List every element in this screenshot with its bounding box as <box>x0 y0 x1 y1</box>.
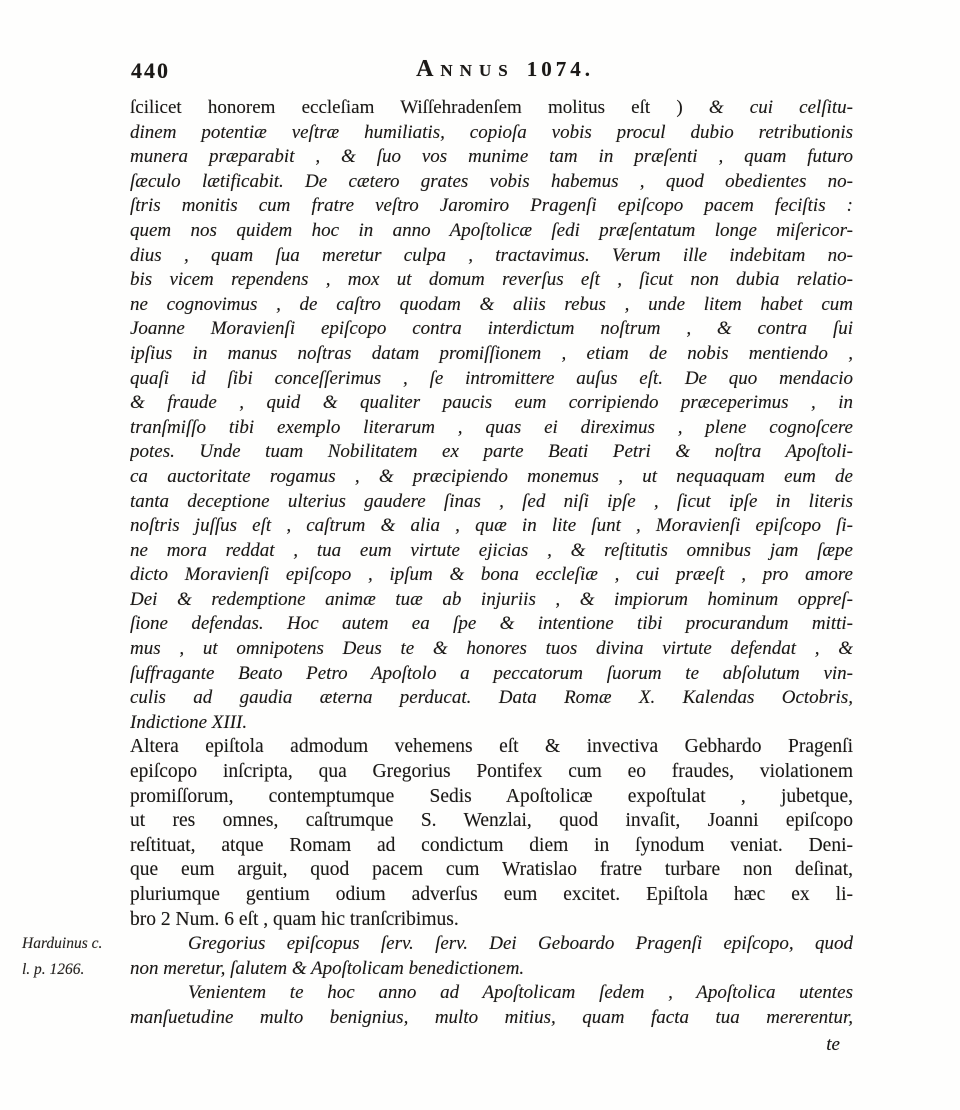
commentary-paragraph: Altera epiſtola admodum vehemens eſt & i… <box>130 735 853 932</box>
salutation-lines: Gregorius epiſcopus ſerv. ſerv. Dei Gebo… <box>130 932 853 981</box>
text-line: ne mora reddat , tua eum virtute ejicias… <box>130 539 853 564</box>
text-line: dicto Moravienſi epiſcopo , ipſum & bona… <box>130 563 853 588</box>
text-line: dius , quam ſua meretur culpa , tractavi… <box>130 244 853 269</box>
text-line: ca auctoritate rogamus , & præcipiendo m… <box>130 465 853 490</box>
text-line: promiſſorum, contemptumque Sedis Apoſtol… <box>130 785 853 810</box>
intro-roman-text: ſcilicet honorem eccleſiam Wiſſehradenſe… <box>130 97 709 118</box>
text-line: ſuffragante Beato Petro Apoſtolo a pecca… <box>130 662 853 687</box>
intro-italic-text: & cui celſitu- <box>709 97 853 118</box>
text-line: Gregorius epiſcopus ſerv. ſerv. Dei Gebo… <box>130 932 853 957</box>
text-line: ſcilicet honorem eccleſiam Wiſſehradenſe… <box>130 96 853 121</box>
text-line: ut res omnes, caſtrumque S. Wenzlai, quo… <box>130 809 853 834</box>
page-number: 440 <box>131 58 170 84</box>
text-line: Joanne Moravienſi epiſcopo contra interd… <box>130 317 853 342</box>
text-line: pluriumque gentium odium adverſus eum ex… <box>130 883 853 908</box>
text-line: Dei & redemptione animæ tuæ ab injuriis … <box>130 588 853 613</box>
text-line: ſione defendas. Hoc autem ea ſpe & inten… <box>130 612 853 637</box>
text-line: potes. Unde tuam Nobilitatem ex parte Be… <box>130 440 853 465</box>
running-head-title: Annus <box>416 56 515 82</box>
margin-note: Harduinus c. l. p. 1266. <box>22 931 187 983</box>
commentary-lines: Altera epiſtola admodum vehemens eſt & i… <box>130 735 853 932</box>
text-line: quem nos quidem hoc in anno Apoſtolicæ ſ… <box>130 219 853 244</box>
letter-paragraph: ſcilicet honorem eccleſiam Wiſſehradenſe… <box>130 96 853 735</box>
page-header: 440 Annus 1074. <box>0 56 960 88</box>
text-line: que eum arguit, quod pacem cum Wratislao… <box>130 858 853 883</box>
text-line: munera præparabit , & ſuo vos munime tam… <box>130 145 853 170</box>
text-line: Indictione XIII. <box>130 711 853 736</box>
text-line: Altera epiſtola admodum vehemens eſt & i… <box>130 735 853 760</box>
running-head: Annus 1074. <box>300 56 710 83</box>
text-line: reſtituat, atque Romam ad condictum diem… <box>130 834 853 859</box>
text-line: & fraude , quid & qualiter paucis eum co… <box>130 391 853 416</box>
text-line: Venientem te hoc anno ad Apoſtolicam ſed… <box>130 981 853 1006</box>
text-line: manſuetudine multo benignius, multo miti… <box>130 1006 853 1031</box>
margin-note-line: Harduinus c. <box>22 931 187 957</box>
text-line: noſtris juſſus eſt , caſtrum & alia , qu… <box>130 514 853 539</box>
salutation-paragraph: Gregorius epiſcopus ſerv. ſerv. Dei Gebo… <box>130 932 853 981</box>
text-line: dinem potentiæ veſtræ humiliatis, copioſ… <box>130 121 853 146</box>
text-line: culis ad gaudia æterna perducat. Data Ro… <box>130 686 853 711</box>
text-line: ipſius in manus noſtras datam promiſſion… <box>130 342 853 367</box>
margin-note-line: l. p. 1266. <box>22 957 187 983</box>
letter-body-lines: dinem potentiæ veſtræ humiliatis, copioſ… <box>130 121 853 736</box>
catchword: te <box>130 1034 840 1056</box>
text-line: ſtris monitis cum fratre veſtro Jaromiro… <box>130 194 853 219</box>
text-line: tranſmiſſo tibi exemplo literarum , quas… <box>130 416 853 441</box>
text-line: mus , ut omnipotens Deus te & honores tu… <box>130 637 853 662</box>
epistle-opening-lines: Venientem te hoc anno ad Apoſtolicam ſed… <box>130 981 853 1030</box>
text-line: ne cognovimus , de caſtro quodam & aliis… <box>130 293 853 318</box>
running-head-year: 1074. <box>527 57 594 81</box>
text-line: tanta deceptione ulterius gaudere ſinas … <box>130 490 853 515</box>
book-page: 440 Annus 1074. ſcilicet honorem eccleſi… <box>0 0 960 1110</box>
text-line: bis vicem rependens , mox ut domum rever… <box>130 268 853 293</box>
text-block: ſcilicet honorem eccleſiam Wiſſehradenſe… <box>130 96 853 1031</box>
text-line: quaſi id ſibi conceſſerimus , ſe intromi… <box>130 367 853 392</box>
text-line: ſæculo lætificabit. De cætero grates vob… <box>130 170 853 195</box>
text-line: non meretur, ſalutem & Apoſtolicam bened… <box>130 957 853 982</box>
text-line: bro 2 Num. 6 eſt , quam hic tranſcribimu… <box>130 908 853 933</box>
text-line: epiſcopo inſcripta, qua Gregorius Pontif… <box>130 760 853 785</box>
epistle-opening-paragraph: Venientem te hoc anno ad Apoſtolicam ſed… <box>130 981 853 1030</box>
